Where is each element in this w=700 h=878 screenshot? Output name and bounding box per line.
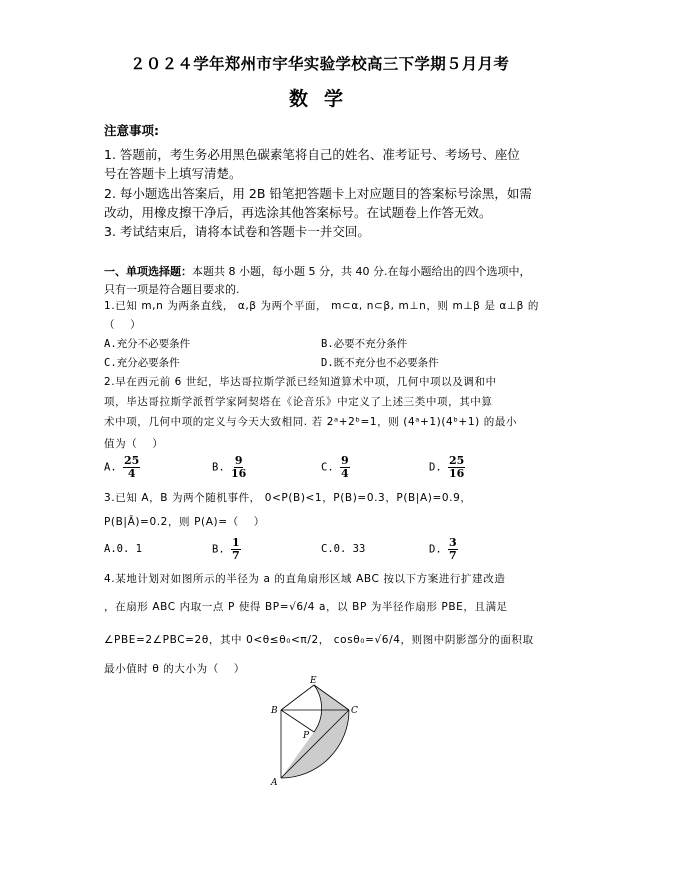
q3-option-b[interactable]: B. 17 (212, 537, 241, 562)
question-3-line: P(B|Ā)=0.2，则 P(A)=（ ） (104, 514, 265, 529)
question-2-line: 值为（ ） (104, 436, 163, 451)
sector-diagram: E B C P A (268, 675, 368, 787)
question-2-line: 2.早在西元前 6 世纪，毕达哥拉斯学派已经知道算术中项，几何中项以及调和中 (104, 374, 497, 389)
exam-title: ２０２４学年郑州市宇华实验学校高三下学期５月月考 (130, 52, 509, 74)
label-b: B (270, 706, 278, 716)
q1-option-c[interactable]: C.充分必要条件 (104, 355, 180, 370)
question-4-line: 最小值时 θ 的大小为（ ） (104, 661, 245, 676)
question-2-line: 术中项，几何中项的定义与今天大致相同. 若 2ᵃ+2ᵇ=1，则 (4ᵃ+1)(4… (104, 414, 517, 429)
q1-option-d[interactable]: D.既不充分也不必要条件 (321, 355, 439, 370)
q2-option-c[interactable]: C. 94 (321, 455, 350, 480)
section-desc: 本题共 8 小题，每小题 5 分，共 40 分.在每小题给出的四个选项中， (192, 265, 530, 278)
q2-option-d[interactable]: D. 2516 (429, 455, 465, 480)
question-4-line: 4.某地计划对如图所示的半径为 a 的直角扇形区域 ABC 按以下方案进行扩建改… (104, 571, 505, 586)
label-a: A (270, 778, 278, 787)
notice-line: 号在答题卡上填写清楚。 (104, 164, 242, 182)
q2-option-a[interactable]: A. 254 (104, 455, 140, 480)
section-title: 一、单项选择题： (104, 265, 192, 278)
section-desc-2: 只有一项是符合题目要求的. (104, 281, 240, 297)
notice-line: 3. 考试结束后，请将本试卷和答题卡一并交回。 (104, 222, 370, 240)
q1-option-a[interactable]: A.充分不必要条件 (104, 336, 190, 351)
q2-option-b[interactable]: B. 916 (212, 455, 246, 480)
question-3-line: 3.已知 A，B 为两个随机事件， 0<P(B)<1，P(B)=0.3，P(B|… (104, 490, 471, 505)
shaded-region (281, 685, 349, 778)
question-4-line: ，在扇形 ABC 内取一点 P 使得 BP=√6/4 a，以 BP 为半径作扇形… (104, 599, 508, 614)
question-2-line: 项，毕达哥拉斯学派哲学家阿契塔在《论音乐》中定义了上述三类中项，其中算 (104, 394, 493, 409)
question-1-line: 1.已知 m,n 为两条直线， α,β 为两个平面， m⊂α, n⊂β, m⊥n… (104, 298, 539, 313)
q3-option-d[interactable]: D. 37 (429, 537, 458, 562)
subject-title: 数学 (289, 84, 359, 111)
notice-line: 改动，用橡皮擦干净后，再选涂其他答案标号。在试题卷上作答无效。 (104, 203, 492, 221)
notice-line: 2. 每小题选出答案后，用 2B 铅笔把答题卡上对应题目的答案标号涂黑，如需 (104, 184, 532, 202)
q1-option-b[interactable]: B.必要不充分条件 (321, 336, 407, 351)
label-p: P (302, 731, 310, 741)
question-4-line: ∠PBE=2∠PBC=2θ，其中 0<θ≤θ₀<π/2， cosθ₀=√6/4，… (104, 632, 534, 647)
q3-option-c[interactable]: C.0. 33 (321, 543, 365, 555)
section-header: 一、单项选择题：本题共 8 小题，每小题 5 分，共 40 分.在每小题给出的四… (104, 263, 530, 279)
question-1-paren: （ ） (104, 317, 141, 332)
label-e: E (309, 676, 317, 686)
notice-line: 1. 答题前，考生务必用黑色碳素笔将自己的姓名、准考证号、考场号、座位 (104, 145, 520, 163)
q3-option-a[interactable]: A.0. 1 (104, 543, 142, 555)
notice-heading: 注意事项: (104, 121, 159, 139)
label-c: C (351, 706, 358, 716)
